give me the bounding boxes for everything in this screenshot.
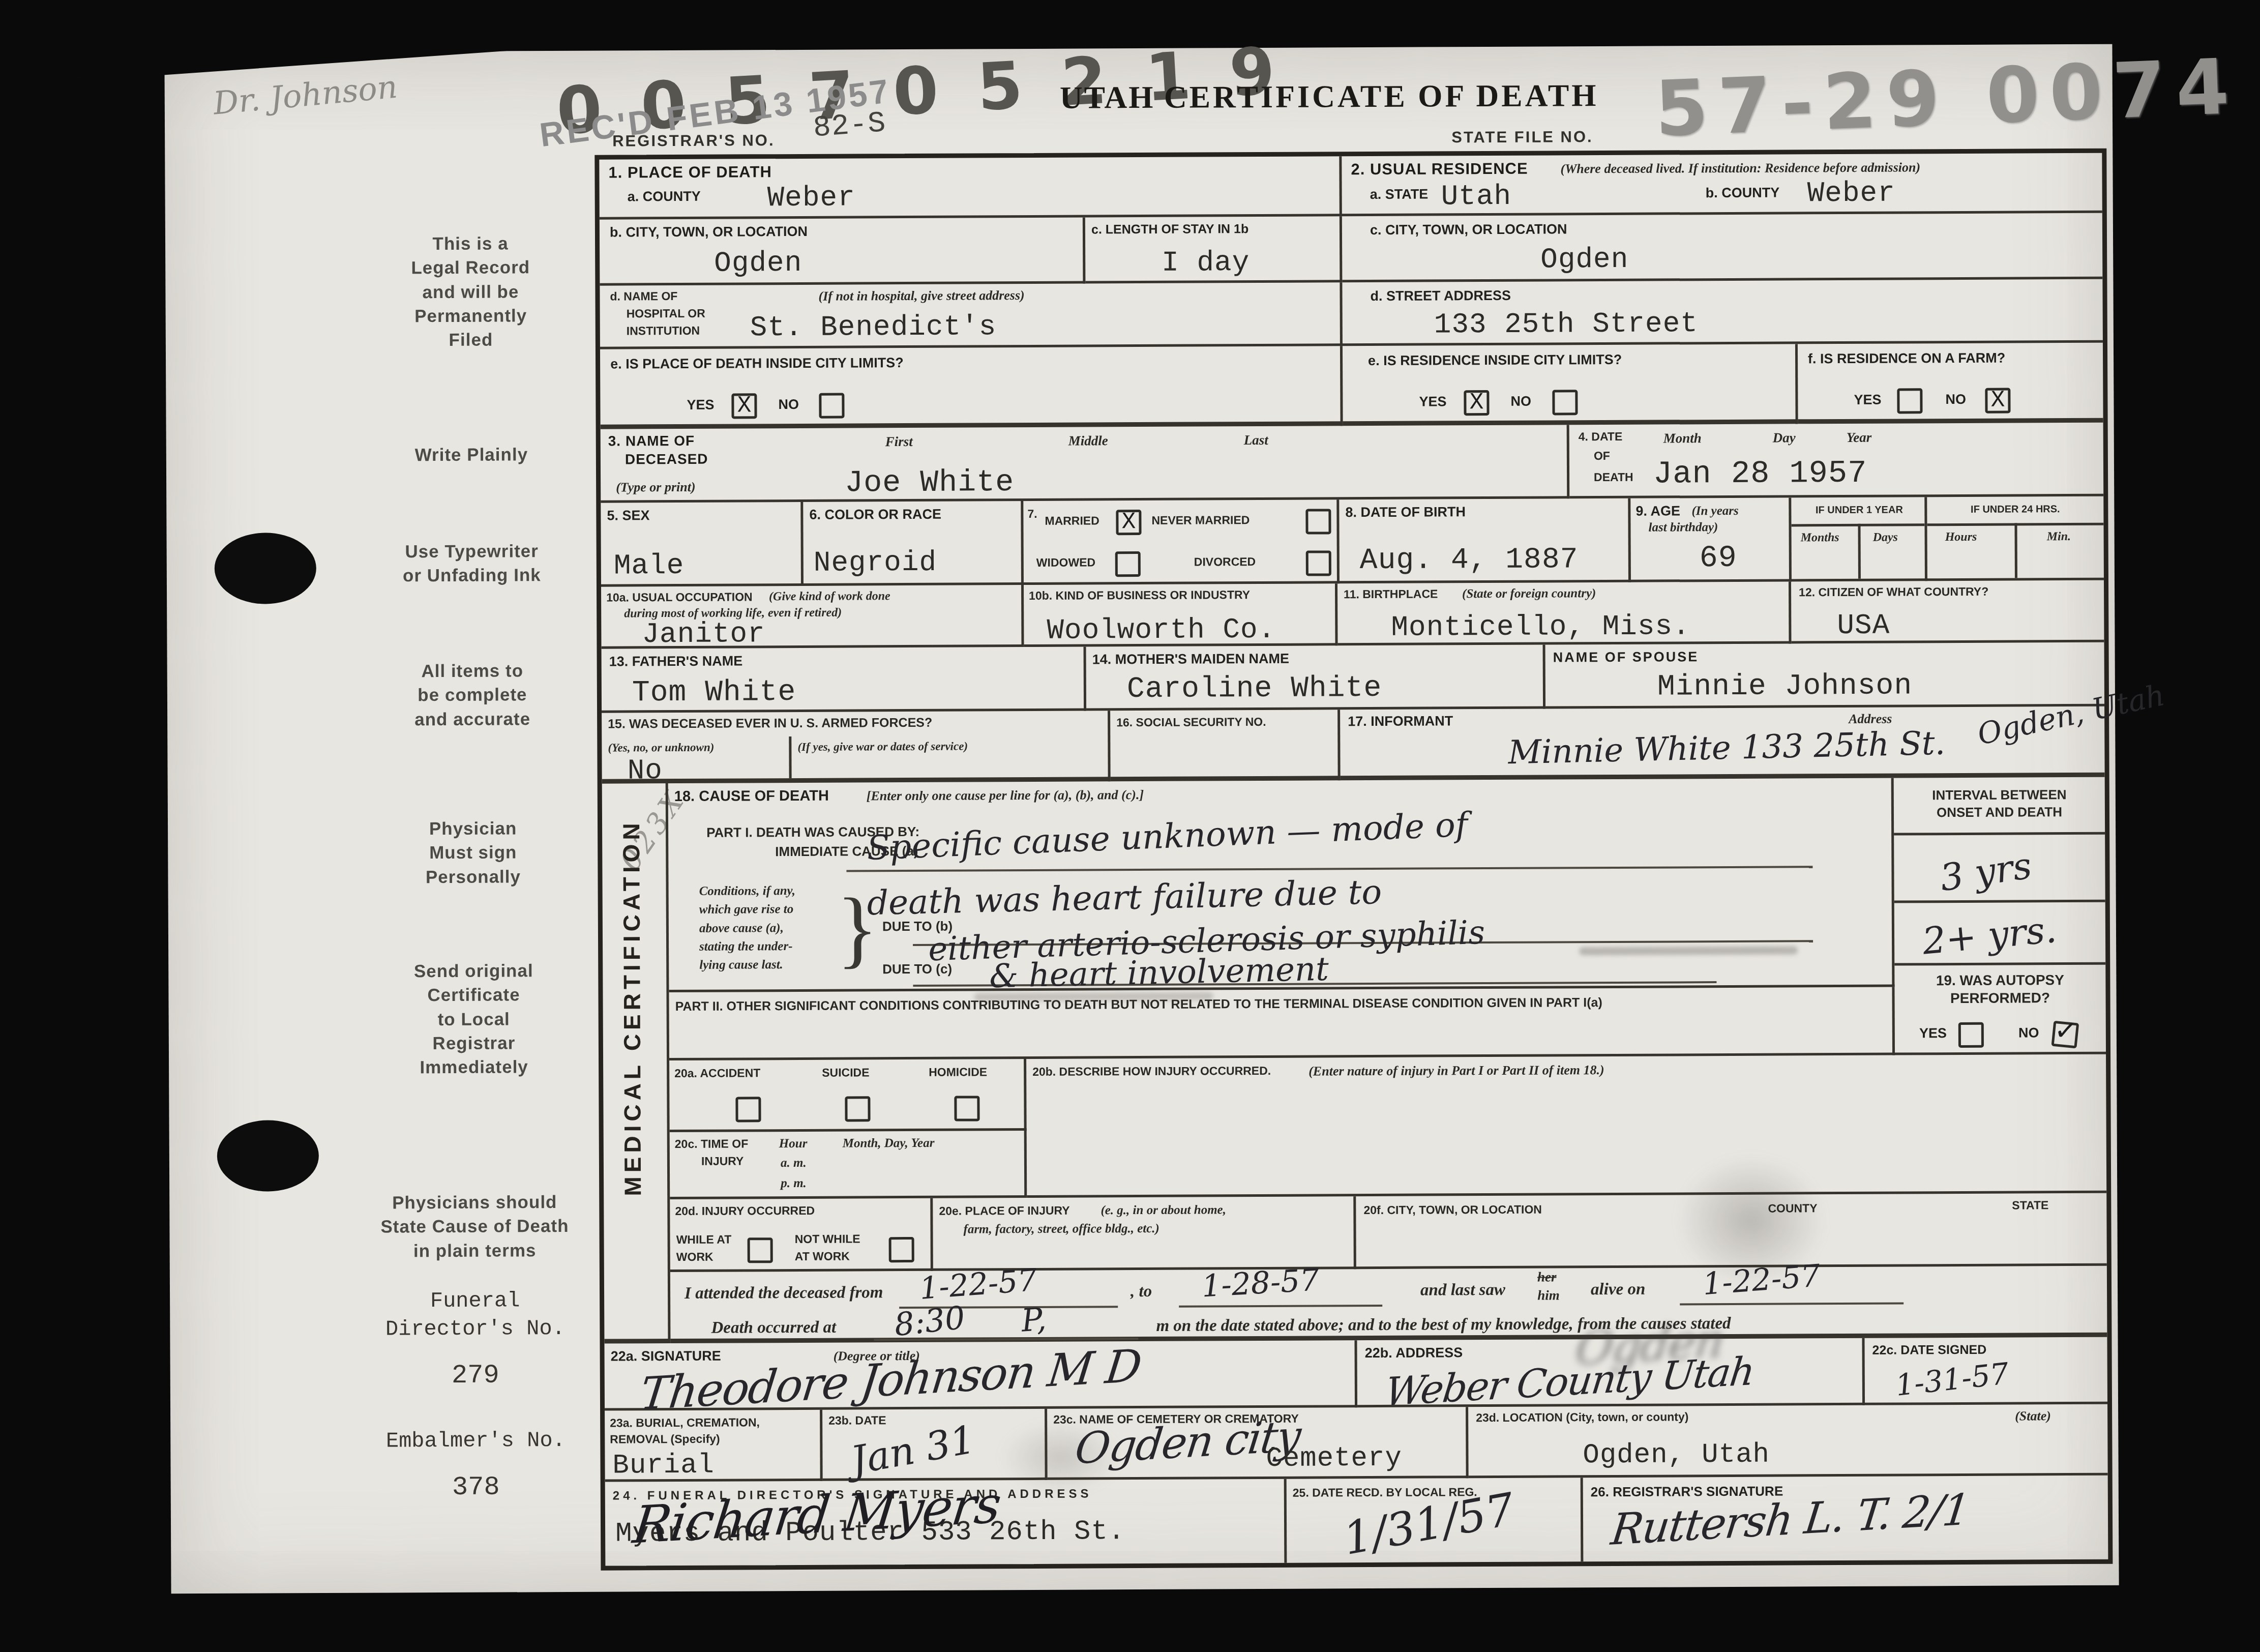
field-2d-value: 133 25th Street: [1434, 307, 1698, 341]
field-14-label: 14. MOTHER'S MAIDEN NAME: [1092, 651, 1290, 668]
field-1c-value: I day: [1162, 246, 1250, 279]
field-10a-label: 10a. USUAL OCCUPATION: [606, 590, 753, 604]
field-10b-label: 10b. KIND OF BUSINESS OR INDUSTRY: [1029, 588, 1250, 603]
field-8-value: Aug. 4, 1887: [1360, 543, 1579, 577]
scanned-death-certificate: 0 0 5 7 0 5 2 1 9 REC'D FEB 13 1957 REGI…: [0, 0, 2260, 1652]
field-20e-note-1: (e. g., in or about home,: [1101, 1203, 1226, 1218]
him-label: him: [1537, 1287, 1560, 1303]
field-19-yes-checkbox: [1958, 1022, 1984, 1048]
interval-values: 3 yrs 2+ yrs.: [1894, 835, 2105, 966]
field-1e-yes-label: YES: [687, 397, 714, 413]
field-18-cause-of-death: 18. CAUSE OF DEATH [Enter only one cause…: [668, 778, 1895, 993]
field-2d-street: d. STREET ADDRESS 133 25th Street: [1342, 279, 2103, 346]
field-14-mother: 14. MOTHER'S MAIDEN NAME Caroline White: [1086, 645, 1546, 711]
field-15-value: No: [627, 754, 662, 787]
line-a: [846, 866, 1812, 872]
field-3-last-label: Last: [1244, 432, 1268, 448]
certificate-title: UTAH CERTIFICATE OF DEATH: [1060, 78, 1599, 116]
field-20b-describe-injury: 20b. DESCRIBE HOW INJURY OCCURRED. (Ente…: [1026, 1054, 2106, 1198]
field-2e-yes-checkbox: X: [1464, 390, 1489, 416]
field-12-label: 12. CITIZEN OF WHAT COUNTRY?: [1799, 585, 1988, 600]
accident-checkbox: [735, 1097, 761, 1122]
interval-header-label: INTERVAL BETWEEN ONSET AND DEATH: [1894, 786, 2105, 821]
conditions-note: Conditions, if any, which gave rise to a…: [699, 882, 796, 975]
divider: [789, 736, 791, 778]
field-23d-value: Ogden, Utah: [1583, 1439, 1770, 1471]
field-20b-note: (Enter nature of injury in Part I or Par…: [1309, 1063, 1604, 1079]
field-19-yes-label: YES: [1919, 1025, 1947, 1041]
while-at-work-checkbox: [748, 1237, 773, 1263]
registrar-no-value: 82-S: [812, 107, 887, 145]
field-1a-label: a. COUNTY: [628, 189, 701, 205]
field-8-label: 8. DATE OF BIRTH: [1345, 504, 1466, 520]
field-7-divorced-checkbox: [1306, 550, 1331, 576]
field-14-value: Caroline White: [1127, 672, 1382, 706]
field-2e-no-checkbox: [1552, 390, 1578, 415]
field-3-first-label: First: [885, 434, 913, 450]
conditions-brace: }: [837, 879, 878, 978]
attended-to-value: 1-28-57: [1201, 1262, 1320, 1304]
field-1c-stay: c. LENGTH OF STAY IN 1b I day: [1085, 216, 1343, 283]
work-label: WORK: [676, 1250, 713, 1264]
field-1d-hospital: d. NAME OF HOSPITAL OR INSTITUTION (If n…: [600, 282, 1343, 349]
corner-pencil-note: Dr. Johnson: [212, 68, 399, 122]
field-19-label: 19. WAS AUTOPSY PERFORMED?: [1894, 971, 2105, 1008]
margin-note-legal-record: This is a Legal Record and will be Perma…: [348, 231, 593, 352]
field-23b-label: 23b. DATE: [828, 1413, 886, 1427]
title-main: CERTIFICATE OF DEATH: [1164, 78, 1599, 115]
field-6-label: 6. COLOR OR RACE: [809, 507, 941, 523]
field-1-county: 1. PLACE OF DEATH a. COUNTY Weber: [599, 156, 1342, 219]
field-1e-label: e. IS PLACE OF DEATH INSIDE CITY LIMITS?: [610, 355, 904, 372]
field-21-attended: I attended the deceased from 1-22-57 , t…: [670, 1266, 2107, 1343]
field-20f-location: 20f. CITY, TOWN, OR LOCATION COUNTY STAT…: [1356, 1193, 2107, 1269]
field-7-widowed-label: WIDOWED: [1036, 555, 1095, 570]
certificate-form: 1. PLACE OF DEATH a. COUNTY Weber 2. USU…: [594, 149, 2113, 1571]
field-22b-address: 22b. ADDRESS Ogden Weber County Utah: [1357, 1338, 1865, 1407]
field-2f-farm: f. IS RESIDENCE ON A FARM? YES NO X: [1798, 343, 2103, 424]
margin-note-typewriter: Use Typewriter or Unfading Ink: [350, 539, 594, 588]
field-23a-burial: 23a. BURIAL, CREMATION, REMOVAL (Specify…: [605, 1410, 823, 1482]
field-20c-time-of-injury: 20c. TIME OF INJURY Hour Month, Day, Yea…: [670, 1131, 1027, 1199]
field-9-label: 9. AGE: [1635, 503, 1680, 519]
death-time-value: 8:30: [893, 1299, 967, 1343]
field-7-never-checkbox: [1305, 509, 1331, 534]
field-2f-yes-label: YES: [1854, 392, 1881, 408]
field-7-number: 7.: [1027, 507, 1037, 521]
field-10a-occupation: 10a. USUAL OCCUPATION (Give kind of work…: [601, 585, 1024, 649]
field-10a-note-1: (Give kind of work done: [769, 589, 890, 604]
field-23d-state-label: (State): [2015, 1408, 2051, 1424]
field-20a-accident-label: 20a. ACCIDENT: [674, 1066, 760, 1080]
field-6-value: Negroid: [814, 546, 937, 579]
state-file-label: STATE FILE NO.: [1451, 128, 1593, 146]
field-7-marital: 7. MARRIED X NEVER MARRIED WIDOWED DIVOR…: [1023, 499, 1340, 585]
field-17-value: Minnie White 133 25th St.: [1508, 725, 1946, 772]
field-17-informant: 17. INFORMANT Address Minnie White 133 2…: [1340, 706, 2105, 781]
days-label: Days: [1873, 531, 1898, 545]
interval-c-value: 2+ yrs.: [1921, 908, 2059, 963]
field-15-note-1: (Yes, no, or unknown): [608, 741, 714, 755]
field-23d-location: 23d. LOCATION (City, town, or county) (S…: [1468, 1404, 2108, 1478]
field-1b-label: b. CITY, TOWN, OR LOCATION: [610, 224, 808, 241]
field-2c-city: c. CITY, TOWN, OR LOCATION Ogden: [1342, 213, 2103, 283]
field-20d-injury-occurred: 20d. INJURY OCCURRED WHILE AT WORK NOT W…: [670, 1198, 933, 1272]
field-4-month-label: Month: [1663, 430, 1702, 446]
state-file-stamp: 57-29 0074: [1653, 43, 2241, 154]
field-2d-label: d. STREET ADDRESS: [1370, 288, 1511, 304]
field-20e-place-of-injury: 20e. PLACE OF INJURY (e. g., in or about…: [933, 1196, 1356, 1271]
field-2e-city-limits: e. IS RESIDENCE INSIDE CITY LIMITS? YES …: [1343, 344, 1798, 426]
punch-hole-bottom: [217, 1120, 319, 1192]
field-7-never-label: NEVER MARRIED: [1151, 513, 1250, 527]
field-1d-note: (If not in hospital, give street address…: [818, 288, 1024, 304]
field-22b-label: 22b. ADDRESS: [1365, 1345, 1463, 1361]
due-to-c-label: DUE TO (c): [882, 961, 952, 978]
pm-label: p. m.: [781, 1176, 807, 1191]
title-state: UTAH: [1060, 80, 1155, 115]
field-20a-homicide-label: HOMICIDE: [929, 1065, 987, 1079]
field-9-under-24-hrs: IF UNDER 24 HRS. Hours Min.: [1927, 496, 2104, 581]
margin-note-physician-sign: Physician Must sign Personally: [351, 816, 596, 890]
field-11-note: (State or foreign country): [1462, 586, 1596, 601]
field-3-label-2: DECEASED: [625, 451, 708, 468]
field-2c-value: Ogden: [1540, 243, 1628, 276]
field-23c-cemetery: 23c. NAME OF CEMETERY OR CREMATORY Ogden…: [1047, 1407, 1469, 1480]
field-13-father: 13. FATHER'S NAME Tom White: [602, 646, 1087, 713]
field-12-value: USA: [1837, 609, 1890, 642]
alive-on-line: [1680, 1302, 1904, 1305]
field-23d-label: 23d. LOCATION (City, town, or county): [1476, 1410, 1688, 1425]
field-15-armed-forces: 15. WAS DECEASED EVER IN U. S. ARMED FOR…: [602, 711, 1111, 783]
field-4-day-label: Day: [1773, 430, 1796, 446]
field-13-label: 13. FATHER'S NAME: [609, 653, 743, 669]
min-label: Min.: [2047, 530, 2071, 544]
field-9-note-2: last birthday): [1648, 520, 1718, 535]
field-13-value: Tom White: [632, 676, 796, 710]
field-7-divorced-label: DIVORCED: [1194, 555, 1256, 569]
registrar-no-label: REGISTRAR'S NO.: [612, 131, 775, 150]
field-spouse-label: NAME OF SPOUSE: [1553, 649, 1699, 665]
field-22c-date-signed: 22c. DATE SIGNED 1-31-57: [1864, 1337, 2107, 1405]
smear-under-b: [1579, 946, 1798, 955]
field-1e-yes-checkbox: X: [731, 393, 757, 419]
field-8-birth: 8. DATE OF BIRTH Aug. 4, 1887: [1339, 498, 1631, 583]
medical-certification-label: MEDICAL CERTIFICATION: [617, 819, 646, 1196]
field-20e-label: 20e. PLACE OF INJURY: [939, 1204, 1069, 1218]
hour-label: Hour: [779, 1137, 808, 1151]
field-7-married-checkbox: X: [1116, 510, 1141, 535]
death-occurred-text: Death occurred at: [711, 1318, 836, 1338]
field-24-funeral-director: 24. FUNERAL DIRECTOR'S SIGNATURE AND ADD…: [605, 1479, 1287, 1566]
field-15-label: 15. WAS DECEASED EVER IN U. S. ARMED FOR…: [608, 716, 932, 732]
margin-note-write-plainly: Write Plainly: [349, 442, 593, 467]
field-11-value: Monticello, Miss.: [1391, 610, 1690, 644]
part-2-label: PART II. OTHER SIGNIFICANT CONDITIONS CO…: [675, 995, 1602, 1014]
field-20c-label-2: INJURY: [701, 1154, 744, 1168]
field-2-title: 2. USUAL RESIDENCE: [1351, 160, 1528, 179]
field-11-birthplace: 11. BIRTHPLACE (State or foreign country…: [1337, 581, 1792, 645]
date-signed-value: 1-31-57: [1894, 1356, 2011, 1403]
field-2a-label: a. STATE: [1370, 187, 1429, 203]
field-22a-signature: 22a. SIGNATURE (Degree or title) Theodor…: [604, 1340, 1357, 1410]
field-23a-value: Burial: [612, 1450, 715, 1482]
attended-text-3: and last saw: [1420, 1281, 1505, 1300]
field-17-address-label: Address: [1849, 712, 1892, 727]
field-23b-date: 23b. DATE Jan 31: [822, 1409, 1048, 1481]
field-spouse-value: Minnie Johnson: [1657, 669, 1913, 703]
not-while-label: NOT WHILE: [795, 1232, 860, 1246]
field-1-title: 1. PLACE OF DEATH: [608, 163, 771, 182]
field-2a-value: Utah: [1441, 180, 1512, 213]
field-2f-no-checkbox: X: [1985, 388, 2010, 414]
field-10a-value: Janitor: [642, 617, 765, 651]
field-17-label: 17. INFORMANT: [1348, 713, 1453, 729]
am-label: a. m.: [781, 1156, 807, 1170]
her-struck: her: [1537, 1269, 1557, 1285]
field-20a-manner: 20a. ACCIDENT SUICIDE HOMICIDE: [669, 1059, 1027, 1132]
field-19-no-checkbox: ✓: [2051, 1021, 2079, 1049]
field-spouse: NAME OF SPOUSE Minnie Johnson: [1545, 642, 2105, 709]
field-1e-no-label: NO: [778, 397, 799, 412]
field-1e-no-checkbox: [819, 393, 844, 419]
cause-line-a1: Specific cause unknown — mode of: [866, 805, 1468, 868]
divider: [1894, 900, 2105, 903]
cause-line-c: & heart involvement: [989, 951, 1329, 996]
field-3-value: Joe White: [845, 465, 1014, 500]
field-2-residence: 2. USUAL RESIDENCE (Where deceased lived…: [1342, 153, 2102, 217]
attended-text-4: alive on: [1591, 1280, 1645, 1299]
field-2b-value: Weber: [1807, 177, 1895, 210]
suicide-checkbox: [845, 1096, 870, 1122]
hours-label: Hours: [1945, 530, 1977, 544]
field-2e-label: e. IS RESIDENCE INSIDE CITY LIMITS?: [1368, 352, 1622, 369]
field-15-note-2: (If yes, give war or dates of service): [797, 740, 968, 753]
under-1-year-header: IF UNDER 1 YEAR: [1791, 504, 1927, 516]
divider: [1858, 524, 1860, 579]
field-1b-city: b. CITY, TOWN, OR LOCATION Ogden: [600, 217, 1086, 285]
field-2e-no-label: NO: [1510, 394, 1531, 409]
funeral-director-no-label: Funeral Director's No.: [343, 1287, 607, 1343]
at-work-label: AT WORK: [795, 1250, 850, 1263]
part-2-row: PART II. OTHER SIGNIFICANT CONDITIONS CO…: [669, 987, 1895, 1061]
field-25-date-received: 25. DATE RECD. BY LOCAL REG. 1/31/57: [1287, 1478, 1584, 1563]
field-1d-value: St. Benedict's: [750, 310, 997, 344]
embalmer-no-value: 378: [344, 1470, 608, 1506]
field-18-title: 18. CAUSE OF DEATH: [674, 788, 829, 806]
field-2e-yes-label: YES: [1419, 394, 1446, 409]
field-22a-label: 22a. SIGNATURE: [611, 1348, 721, 1365]
field-20e-note-2: farm, factory, street, office bldg., etc…: [963, 1222, 1159, 1237]
field-1d-label-2: HOSPITAL OR: [627, 307, 705, 321]
field-20c-label-1: 20c. TIME OF: [675, 1137, 749, 1151]
field-12-citizen: 12. CITIZEN OF WHAT COUNTRY? USA: [1791, 580, 2104, 644]
field-9-value: 69: [1700, 541, 1737, 576]
margin-note-all-items: All items to be complete and accurate: [350, 659, 595, 732]
not-while-at-work-checkbox: [889, 1237, 914, 1262]
field-5-value: Male: [614, 549, 685, 582]
attended-text-2: , to: [1131, 1282, 1152, 1301]
field-4-year-label: Year: [1847, 430, 1872, 446]
field-10b-value: Woolworth Co.: [1047, 613, 1275, 647]
field-1e-city-limits: e. IS PLACE OF DEATH INSIDE CITY LIMITS?…: [600, 346, 1343, 429]
field-3-note: (Type or print): [616, 480, 696, 495]
field-20d-label: 20d. INJURY OCCURRED: [675, 1204, 815, 1218]
field-1a-value: Weber: [767, 181, 855, 214]
field-1d-label-1: d. NAME OF: [610, 289, 677, 304]
while-at-label: WHILE AT: [676, 1233, 732, 1247]
under-24-hrs-header: IF UNDER 24 HRS.: [1927, 504, 2103, 516]
field-4-value: Jan 28 1957: [1653, 455, 1867, 492]
field-20f-label: 20f. CITY, TOWN, OR LOCATION: [1363, 1203, 1542, 1218]
field-2f-no-label: NO: [1945, 392, 1966, 407]
punch-hole-top: [215, 533, 317, 604]
field-5-sex: 5. SEX Male: [601, 502, 804, 587]
field-4-label-2: OF: [1594, 449, 1610, 463]
field-2b-label: b. COUNTY: [1706, 185, 1780, 201]
field-11-label: 11. BIRTHPLACE: [1344, 587, 1438, 601]
attended-to-line: [1179, 1305, 1382, 1308]
interval-b-value: 3 yrs: [1937, 844, 2034, 899]
month-day-year-label: Month, Day, Year: [843, 1136, 935, 1151]
field-20b-label: 20b. DESCRIBE HOW INJURY OCCURRED.: [1032, 1064, 1271, 1079]
field-9-under-1-year: IF UNDER 1 YEAR Months Days: [1791, 497, 1927, 581]
divider: [2014, 523, 2017, 578]
death-time-meridiem: P,: [1020, 1300, 1048, 1339]
field-1c-label: c. LENGTH OF STAY IN 1b: [1091, 222, 1248, 237]
state-label: STATE: [2012, 1198, 2048, 1212]
field-6-race: 6. COLOR OR RACE Negroid: [803, 501, 1024, 586]
months-label: Months: [1801, 531, 1839, 545]
medical-certification-strip: MEDICAL CERTIFICATION: [602, 783, 671, 1344]
field-1b-value: Ogden: [714, 247, 802, 280]
field-19-autopsy: 19. WAS AUTOPSY PERFORMED? YES NO ✓: [1894, 965, 2106, 1055]
field-10b-industry: 10b. KIND OF BUSINESS OR INDUSTRY Woolwo…: [1024, 583, 1338, 647]
field-9-age: 9. AGE (In years last birthday) 69: [1630, 497, 1792, 582]
field-2f-label: f. IS RESIDENCE ON A FARM?: [1808, 350, 2005, 367]
cause-line-a2: death was heart failure due to: [867, 872, 1382, 923]
field-3-label-1: 3. NAME OF: [608, 433, 695, 450]
field-26-registrar-signature: 26. REGISTRAR'S SIGNATURE Ruttersh L. T.…: [1583, 1476, 2108, 1562]
field-23a-label: 23a. BURIAL, CREMATION, REMOVAL (Specify…: [610, 1414, 760, 1448]
field-1d-label-3: INSTITUTION: [627, 324, 700, 338]
funeral-director-no-value: 279: [343, 1358, 608, 1394]
field-9-note-1: (In years: [1691, 504, 1738, 518]
field-23c-typed: Cemetery: [1266, 1443, 1402, 1474]
field-7-married-label: MARRIED: [1045, 514, 1099, 527]
field-4-label-3: DEATH: [1594, 470, 1633, 484]
margin-note-send-original: Send original Certificate to Local Regis…: [351, 959, 596, 1080]
county-label: COUNTY: [1768, 1201, 1817, 1215]
field-18-title-note: [Enter only one cause per line for (a), …: [867, 787, 1144, 804]
field-7-widowed-checkbox: [1115, 551, 1141, 577]
field-16-label: 16. SOCIAL SECURITY NO.: [1116, 715, 1266, 729]
field-5-label: 5. SEX: [607, 508, 649, 523]
field-4-label-1: 4. DATE: [1579, 430, 1623, 444]
embalmer-no-label: Embalmer's No.: [343, 1427, 608, 1456]
homicide-checkbox: [954, 1096, 979, 1121]
attended-text-1: I attended the deceased from: [685, 1283, 883, 1303]
field-2f-yes-checkbox: [1897, 388, 1922, 414]
field-3-middle-label: Middle: [1068, 433, 1108, 449]
margin-note-plain-terms: Physicians should State Cause of Death i…: [337, 1190, 612, 1263]
field-2-title-note: (Where deceased lived. If institution: R…: [1560, 160, 1920, 176]
field-4-date-of-death: 4. DATE OF DEATH Month Day Year Jan 28 1…: [1569, 423, 2104, 499]
field-3-name: 3. NAME OF DECEASED (Type or print) Firs…: [601, 425, 1570, 503]
field-16-ssn: 16. SOCIAL SECURITY NO.: [1110, 710, 1341, 781]
field-19-no-label: NO: [2018, 1025, 2039, 1041]
field-2c-label: c. CITY, TOWN, OR LOCATION: [1370, 221, 1567, 238]
interval-header: INTERVAL BETWEEN ONSET AND DEATH: [1894, 777, 2105, 836]
certificate-paper: 0 0 5 7 0 5 2 1 9 REC'D FEB 13 1957 REGI…: [164, 44, 2119, 1594]
field-20a-suicide-label: SUICIDE: [822, 1066, 869, 1079]
field-22c-label: 22c. DATE SIGNED: [1872, 1343, 1987, 1358]
